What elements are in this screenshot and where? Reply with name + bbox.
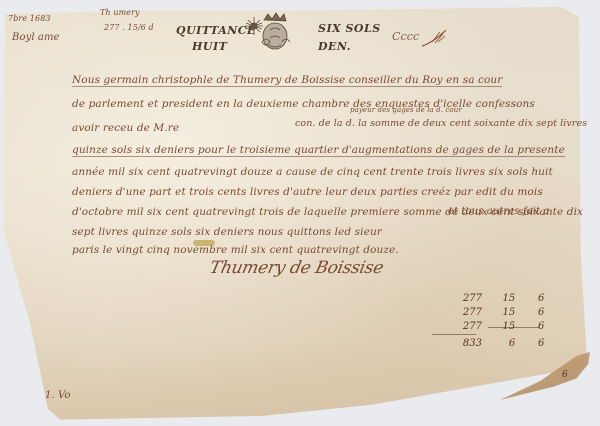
body-line-3: avoir receu de M.re [72, 122, 179, 134]
body-line-8-insert: et tous autres fait a [448, 206, 549, 217]
sum-row-1: 277 15 6 [448, 293, 544, 304]
stamp-six-sols: SIX SOLS [318, 22, 381, 35]
body-line-4: quinze sols six deniers pour le troisiem… [72, 144, 565, 157]
body-line-3-insert: con. de la d. la somme de deux cent soix… [295, 118, 587, 129]
stamp-annotation: Cccc [392, 30, 419, 43]
body-line-1: Nous germain christophle de Thumery de B… [72, 74, 502, 87]
folio-note: 1. Vo [45, 390, 71, 401]
stamp-huit: HUIT [192, 40, 227, 53]
body-line-9: paris le vingt cinq novembre mil six cen… [72, 244, 399, 256]
crowned-emblem-icon [240, 8, 292, 56]
body-line-6: deniers d'une part et trois cents livres… [72, 186, 543, 198]
name-note: Th umery [100, 8, 140, 17]
interlinear-note-1: payeur des gages de la d. cour [350, 106, 462, 114]
sum-rule-left [432, 334, 476, 335]
abbrev-note: Boyl ame [12, 32, 60, 43]
body-line-5: année mil six cent quatrevingt douze a c… [72, 166, 553, 178]
stamp-den: DEN. [318, 40, 351, 53]
body-line-8: sept livres quinze sols six deniers nous… [72, 226, 382, 238]
quill-flourish-icon [420, 28, 450, 50]
sum-total: 833 6 6 [448, 338, 544, 349]
signature: Thumery de Boissise [208, 258, 385, 278]
body-line-2: de parlement et president en la deuxieme… [72, 98, 535, 110]
sum-row-2: 277 15 6 [448, 307, 544, 318]
amount-note: 277 . 15/6 d [104, 23, 154, 32]
date-note: 7bre 1683 [8, 14, 51, 23]
sum-rule-right [488, 327, 540, 328]
page-mark: 6 [562, 370, 568, 380]
